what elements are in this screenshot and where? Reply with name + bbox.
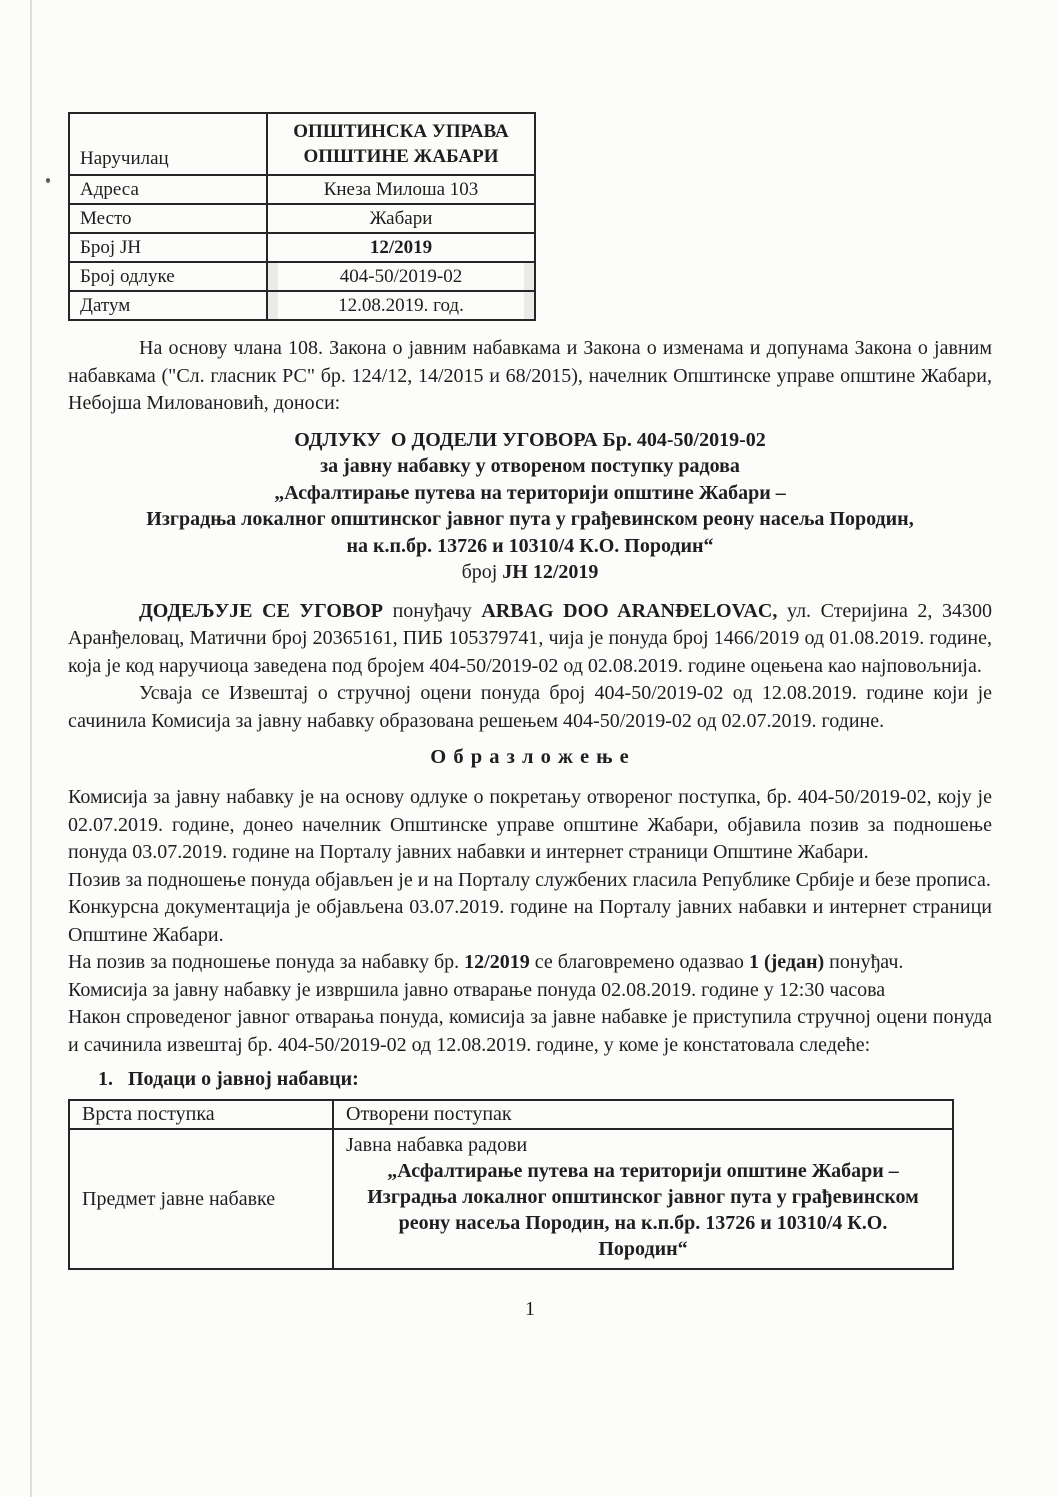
- info-label: Датум: [69, 291, 267, 320]
- info-row-broj-odluke: Број одлуке 404-50/2019-02: [69, 262, 535, 291]
- body-paragraph-3: Конкурсна документација је објављена 03.…: [68, 894, 992, 949]
- info-value: 12.08.2019. год.: [267, 291, 535, 320]
- explanation-heading: О б р а з л о ж е њ е: [68, 746, 992, 769]
- section-title: Подаци о јавној набавци:: [128, 1068, 359, 1090]
- p4-bidder-count: 1 (један): [749, 951, 824, 973]
- info-label: Место: [69, 204, 267, 233]
- p4-text: На позив за подношење понуда за набавку …: [68, 951, 464, 973]
- proc-value-subject: „Асфалтирање путева на територији општин…: [360, 1158, 926, 1266]
- info-row-broj-jn: Број ЈН 12/2019: [69, 233, 535, 262]
- award-clause: ДОДЕЉУЈЕ СЕ УГОВОР: [139, 600, 383, 622]
- proc-value: Отворени поступак: [333, 1100, 953, 1129]
- scan-edge-shadow: [30, 0, 32, 1497]
- body-paragraph-1: Комисија за јавну набавку је на основу о…: [68, 784, 992, 867]
- info-row-datum: Датум 12.08.2019. год.: [69, 291, 535, 320]
- info-row-adresa: Адреса Кнеза Милоша 103: [69, 175, 535, 204]
- p4-text: се благовремено одазвао: [530, 951, 749, 973]
- document-content: Наручилац ОПШТИНСКА УПРАВА ОПШТИНЕ ЖАБАР…: [68, 0, 992, 1321]
- contractor-name: ARBAG DOO ARANĐELOVAC,: [481, 600, 777, 622]
- award-text: понуђачу: [383, 600, 481, 622]
- info-label: Адреса: [69, 175, 267, 204]
- proc-label: Предмет јавне набавке: [69, 1129, 333, 1269]
- intro-paragraph: На основу члана 108. Закона о јавним наб…: [68, 335, 992, 418]
- info-label: Број ЈН: [69, 233, 267, 262]
- info-value: Жабари: [267, 204, 535, 233]
- document-page: Наручилац ОПШТИНСКА УПРАВА ОПШТИНЕ ЖАБАР…: [0, 0, 1058, 1497]
- proc-row-predmet: Предмет јавне набавке Јавна набавка радо…: [69, 1129, 953, 1269]
- proc-value-intro: Јавна набавка радови: [346, 1132, 940, 1158]
- p4-procurement-number: 12/2019: [464, 951, 530, 973]
- proc-label: Врста поступка: [69, 1100, 333, 1129]
- info-label: Број одлуке: [69, 262, 267, 291]
- info-row-narucilac: Наручилац ОПШТИНСКА УПРАВА ОПШТИНЕ ЖАБАР…: [69, 113, 535, 175]
- report-paragraph: Усваја се Извештај о стручној оцени пону…: [68, 680, 992, 735]
- decision-heading-line-4: Изградња локалног општинског јавног пута…: [68, 506, 992, 533]
- proc-value: Јавна набавка радови „Асфалтирање путева…: [333, 1129, 953, 1269]
- scan-artifact-dot: [46, 178, 50, 183]
- explanation-body: Комисија за јавну набавку је на основу о…: [68, 784, 992, 1059]
- info-value: ОПШТИНСКА УПРАВА ОПШТИНЕ ЖАБАРИ: [267, 113, 535, 175]
- jn-number-prefix: број: [462, 561, 503, 583]
- decision-heading-line-1: ОДЛУКУ О ДОДЕЛИ УГОВОРА Бр. 404-50/2019-…: [68, 427, 992, 454]
- info-row-mesto: Место Жабари: [69, 204, 535, 233]
- body-paragraph-6: Након спроведеног јавног отварања понуда…: [68, 1004, 992, 1059]
- decision-heading-line-6: број ЈН 12/2019: [68, 559, 992, 586]
- decision-heading: ОДЛУКУ О ДОДЕЛИ УГОВОРА Бр. 404-50/2019-…: [68, 427, 992, 586]
- p4-text: понуђач.: [824, 951, 903, 973]
- proc-row-vrsta: Врста поступка Отворени поступак: [69, 1100, 953, 1129]
- body-paragraph-2: Позив за подношење понуда објављен је и …: [68, 867, 992, 895]
- header-info-table: Наручилац ОПШТИНСКА УПРАВА ОПШТИНЕ ЖАБАР…: [68, 112, 536, 321]
- info-value: 12/2019: [267, 233, 535, 262]
- procurement-data-table: Врста поступка Отворени поступак Предмет…: [68, 1099, 954, 1270]
- section-number: 1.: [98, 1068, 113, 1090]
- decision-heading-line-3: „Асфалтирање путева на територији општин…: [68, 480, 992, 507]
- section-1-heading: 1.Подаци о јавној набавци:: [68, 1068, 992, 1091]
- info-label: Наручилац: [69, 113, 267, 175]
- jn-number: ЈН 12/2019: [502, 561, 598, 583]
- body-paragraph-5: Комисија за јавну набавку је извршила ја…: [68, 977, 992, 1005]
- award-paragraph: ДОДЕЉУЈЕ СЕ УГОВОР понуђачу ARBAG DOO AR…: [68, 598, 992, 681]
- page-number: 1: [68, 1298, 992, 1321]
- decision-heading-line-5: на к.п.бр. 13726 и 10310/4 К.О. Породин“: [68, 533, 992, 560]
- decision-heading-line-2: за јавну набавку у отвореном поступку ра…: [68, 453, 992, 480]
- info-value: 404-50/2019-02: [267, 262, 535, 291]
- info-value: Кнеза Милоша 103: [267, 175, 535, 204]
- body-paragraph-4: На позив за подношење понуда за набавку …: [68, 949, 992, 977]
